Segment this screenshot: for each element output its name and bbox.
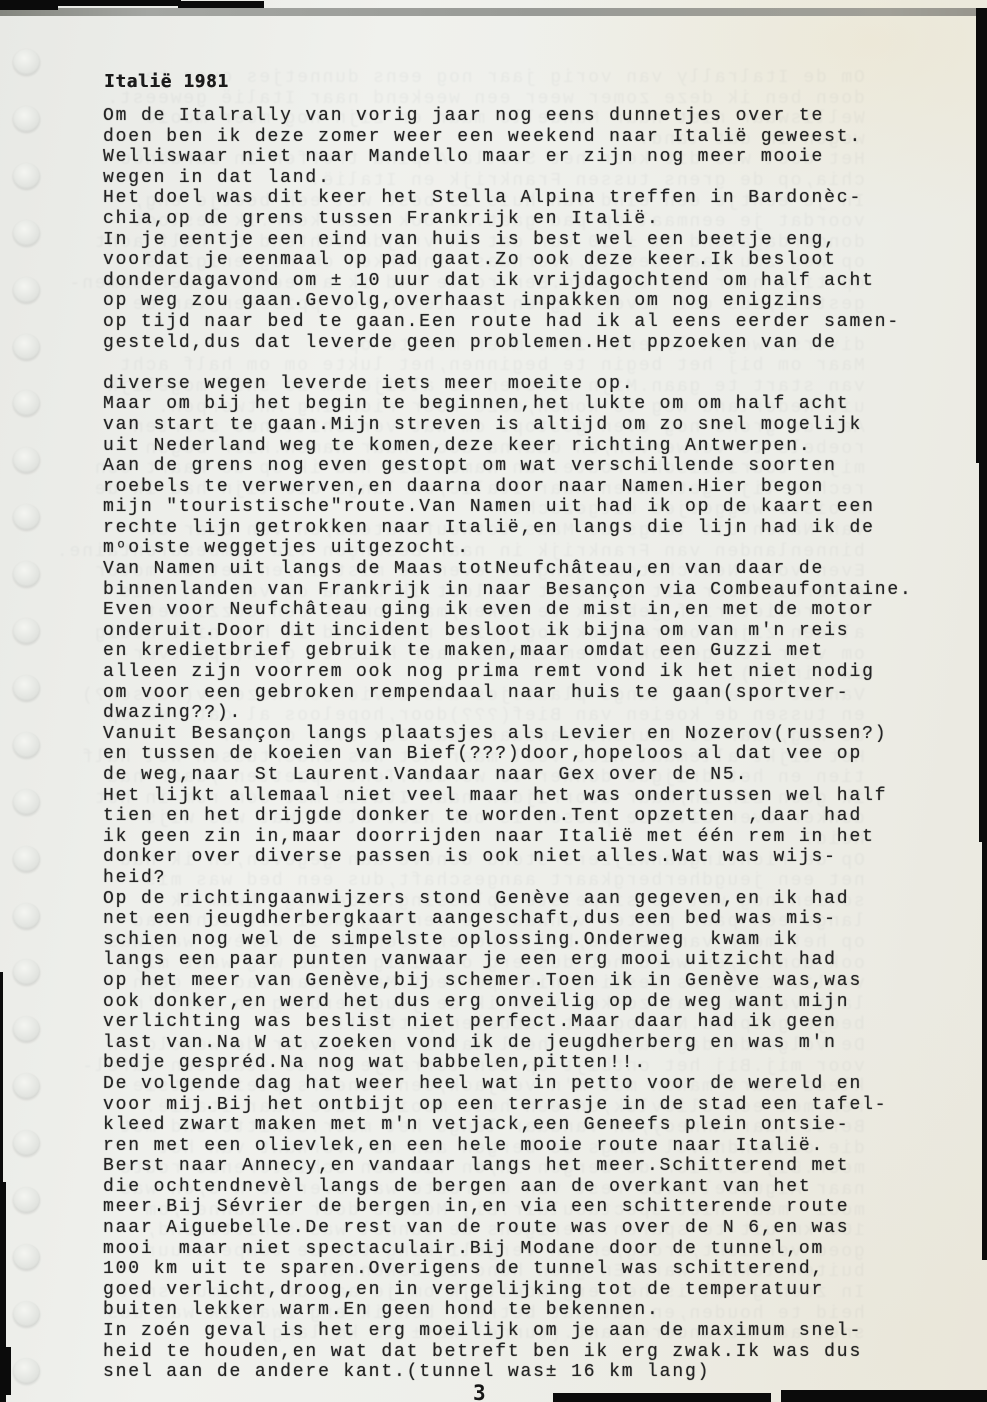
scan-artifact-right-edge-2 [979, 462, 987, 842]
binder-hole [13, 675, 40, 701]
binder-hole [13, 1016, 40, 1042]
binder-hole [13, 789, 40, 815]
binder-hole [13, 903, 40, 929]
binder-hole [13, 504, 40, 530]
binder-hole [13, 106, 40, 132]
scan-artifact-left-edge-1 [0, 972, 3, 1184]
page-number: 3 [473, 1381, 486, 1402]
binder-hole [13, 1187, 40, 1213]
binder-holes-column [0, 0, 60, 1402]
binder-hole [13, 447, 40, 473]
scan-artifact-bottom-bar-1 [553, 1393, 771, 1402]
binder-hole [13, 959, 40, 985]
binder-hole [13, 49, 40, 75]
scan-artifact-right-edge-1 [976, 8, 987, 463]
scan-artifact-right-edge-3 [982, 840, 987, 1260]
binder-hole [13, 334, 40, 360]
binder-hole [13, 277, 40, 303]
scan-artifact-top-right [178, 1, 264, 8]
binder-hole [13, 220, 40, 246]
binder-hole [13, 618, 40, 644]
binder-hole [13, 1358, 40, 1384]
scan-artifact-bottom-bar-2 [781, 1390, 987, 1402]
document-title: Italië 1981 [104, 72, 229, 92]
binder-hole [13, 732, 40, 758]
binder-hole [13, 1301, 40, 1327]
scan-artifact-bottom-left [2, 1347, 11, 1395]
binder-hole [13, 561, 40, 587]
scan-artifact-top-mid [55, 0, 181, 6]
binder-hole [13, 163, 40, 189]
binder-hole [13, 1130, 40, 1156]
binder-hole [13, 1244, 40, 1270]
binder-hole [13, 1073, 40, 1099]
binder-hole [13, 846, 40, 872]
scan-top-gray-band [0, 8, 987, 16]
document-body-text: Om de Italrally van vorig jaar nog eens … [103, 106, 913, 1383]
binder-hole [13, 390, 40, 416]
scan-artifact-top-left [0, 0, 58, 10]
